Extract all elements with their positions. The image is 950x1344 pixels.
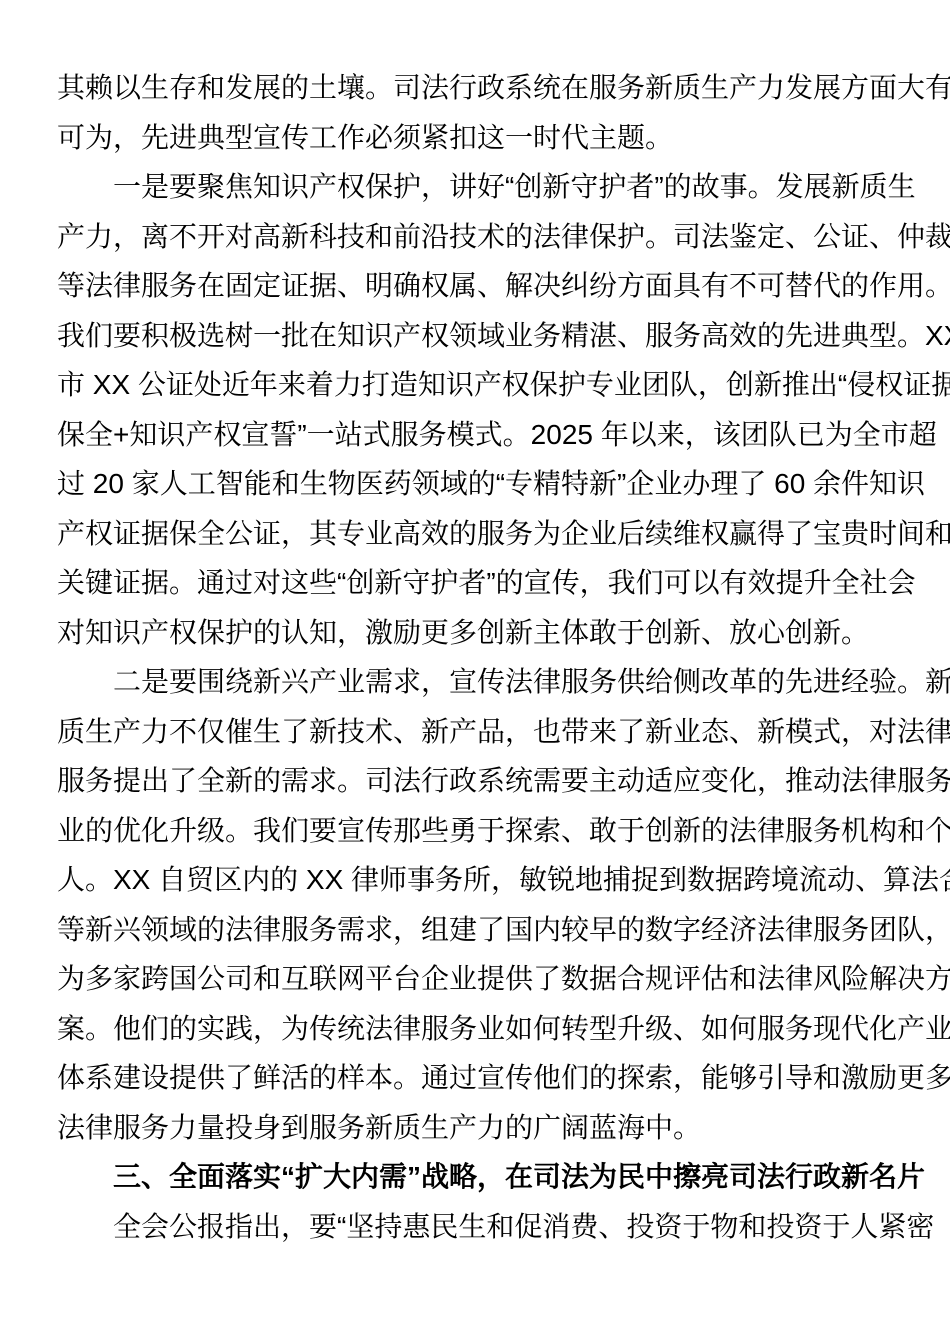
text-line: 保全+知识产权宣誓”一站式服务模式。2025 年以来，该团队已为全市超 (57, 410, 946, 460)
text-line: 服务提出了全新的需求。司法行政系统需要主动适应变化，推动法律服务 (57, 756, 946, 806)
text-line: 产力，离不开对高新科技和前沿技术的法律保护。司法鉴定、公证、仲裁 (57, 212, 946, 262)
text-line: 关键证据。通过对这些“创新守护者”的宣传，我们可以有效提升全社会 (57, 558, 946, 608)
text-line: 质生产力不仅催生了新技术、新产品，也带来了新业态、新模式，对法律 (57, 707, 946, 757)
text-line: 对知识产权保护的认知，激励更多创新主体敢于创新、放心创新。 (57, 608, 946, 658)
text-line: 等法律服务在固定证据、明确权属、解决纠纷方面具有不可替代的作用。 (57, 261, 946, 311)
text-line-paragraph-start: 全会公报指出，要“坚持惠民生和促消费、投资于物和投资于人紧密 (57, 1202, 946, 1252)
text-line: 其赖以生存和发展的土壤。司法行政系统在服务新质生产力发展方面大有 (57, 63, 946, 113)
text-line: 案。他们的实践，为传统法律服务业如何转型升级、如何服务现代化产业 (57, 1004, 946, 1054)
text-line: 体系建设提供了鲜活的样本。通过宣传他们的探索，能够引导和激励更多 (57, 1053, 946, 1103)
text-line: 过 20 家人工智能和生物医药领域的“专精特新”企业办理了 60 余件知识 (57, 459, 946, 509)
text-line: 可为，先进典型宣传工作必须紧扣这一时代主题。 (57, 113, 946, 163)
text-line: 人。XX 自贸区内的 XX 律师事务所，敏锐地捕捉到数据跨境流动、算法合规 (57, 855, 946, 905)
text-line-paragraph-start: 一是要聚焦知识产权保护，讲好“创新守护者”的故事。发展新质生 (57, 162, 946, 212)
text-line: 等新兴领域的法律服务需求，组建了国内较早的数字经济法律服务团队， (57, 905, 946, 955)
text-line: 市 XX 公证处近年来着力打造知识产权保护专业团队，创新推出“侵权证据 (57, 360, 946, 410)
text-line: 我们要积极选树一批在知识产权领域业务精湛、服务高效的先进典型。XX (57, 311, 946, 361)
text-line-paragraph-start: 二是要围绕新兴产业需求，宣传法律服务供给侧改革的先进经验。新 (57, 657, 946, 707)
text-line: 业的优化升级。我们要宣传那些勇于探索、敢于创新的法律服务机构和个 (57, 806, 946, 856)
text-line: 法律服务力量投身到服务新质生产力的广阔蓝海中。 (57, 1103, 946, 1153)
text-line: 产权证据保全公证，其专业高效的服务为企业后续维权赢得了宝贵时间和 (57, 509, 946, 559)
text-line: 为多家跨国公司和互联网平台企业提供了数据合规评估和法律风险解决方 (57, 954, 946, 1004)
section-heading: 三、全面落实“扩大内需”战略，在司法为民中擦亮司法行政新名片 (57, 1152, 946, 1202)
document-page: 其赖以生存和发展的土壤。司法行政系统在服务新质生产力发展方面大有 可为，先进典型… (0, 0, 950, 1344)
